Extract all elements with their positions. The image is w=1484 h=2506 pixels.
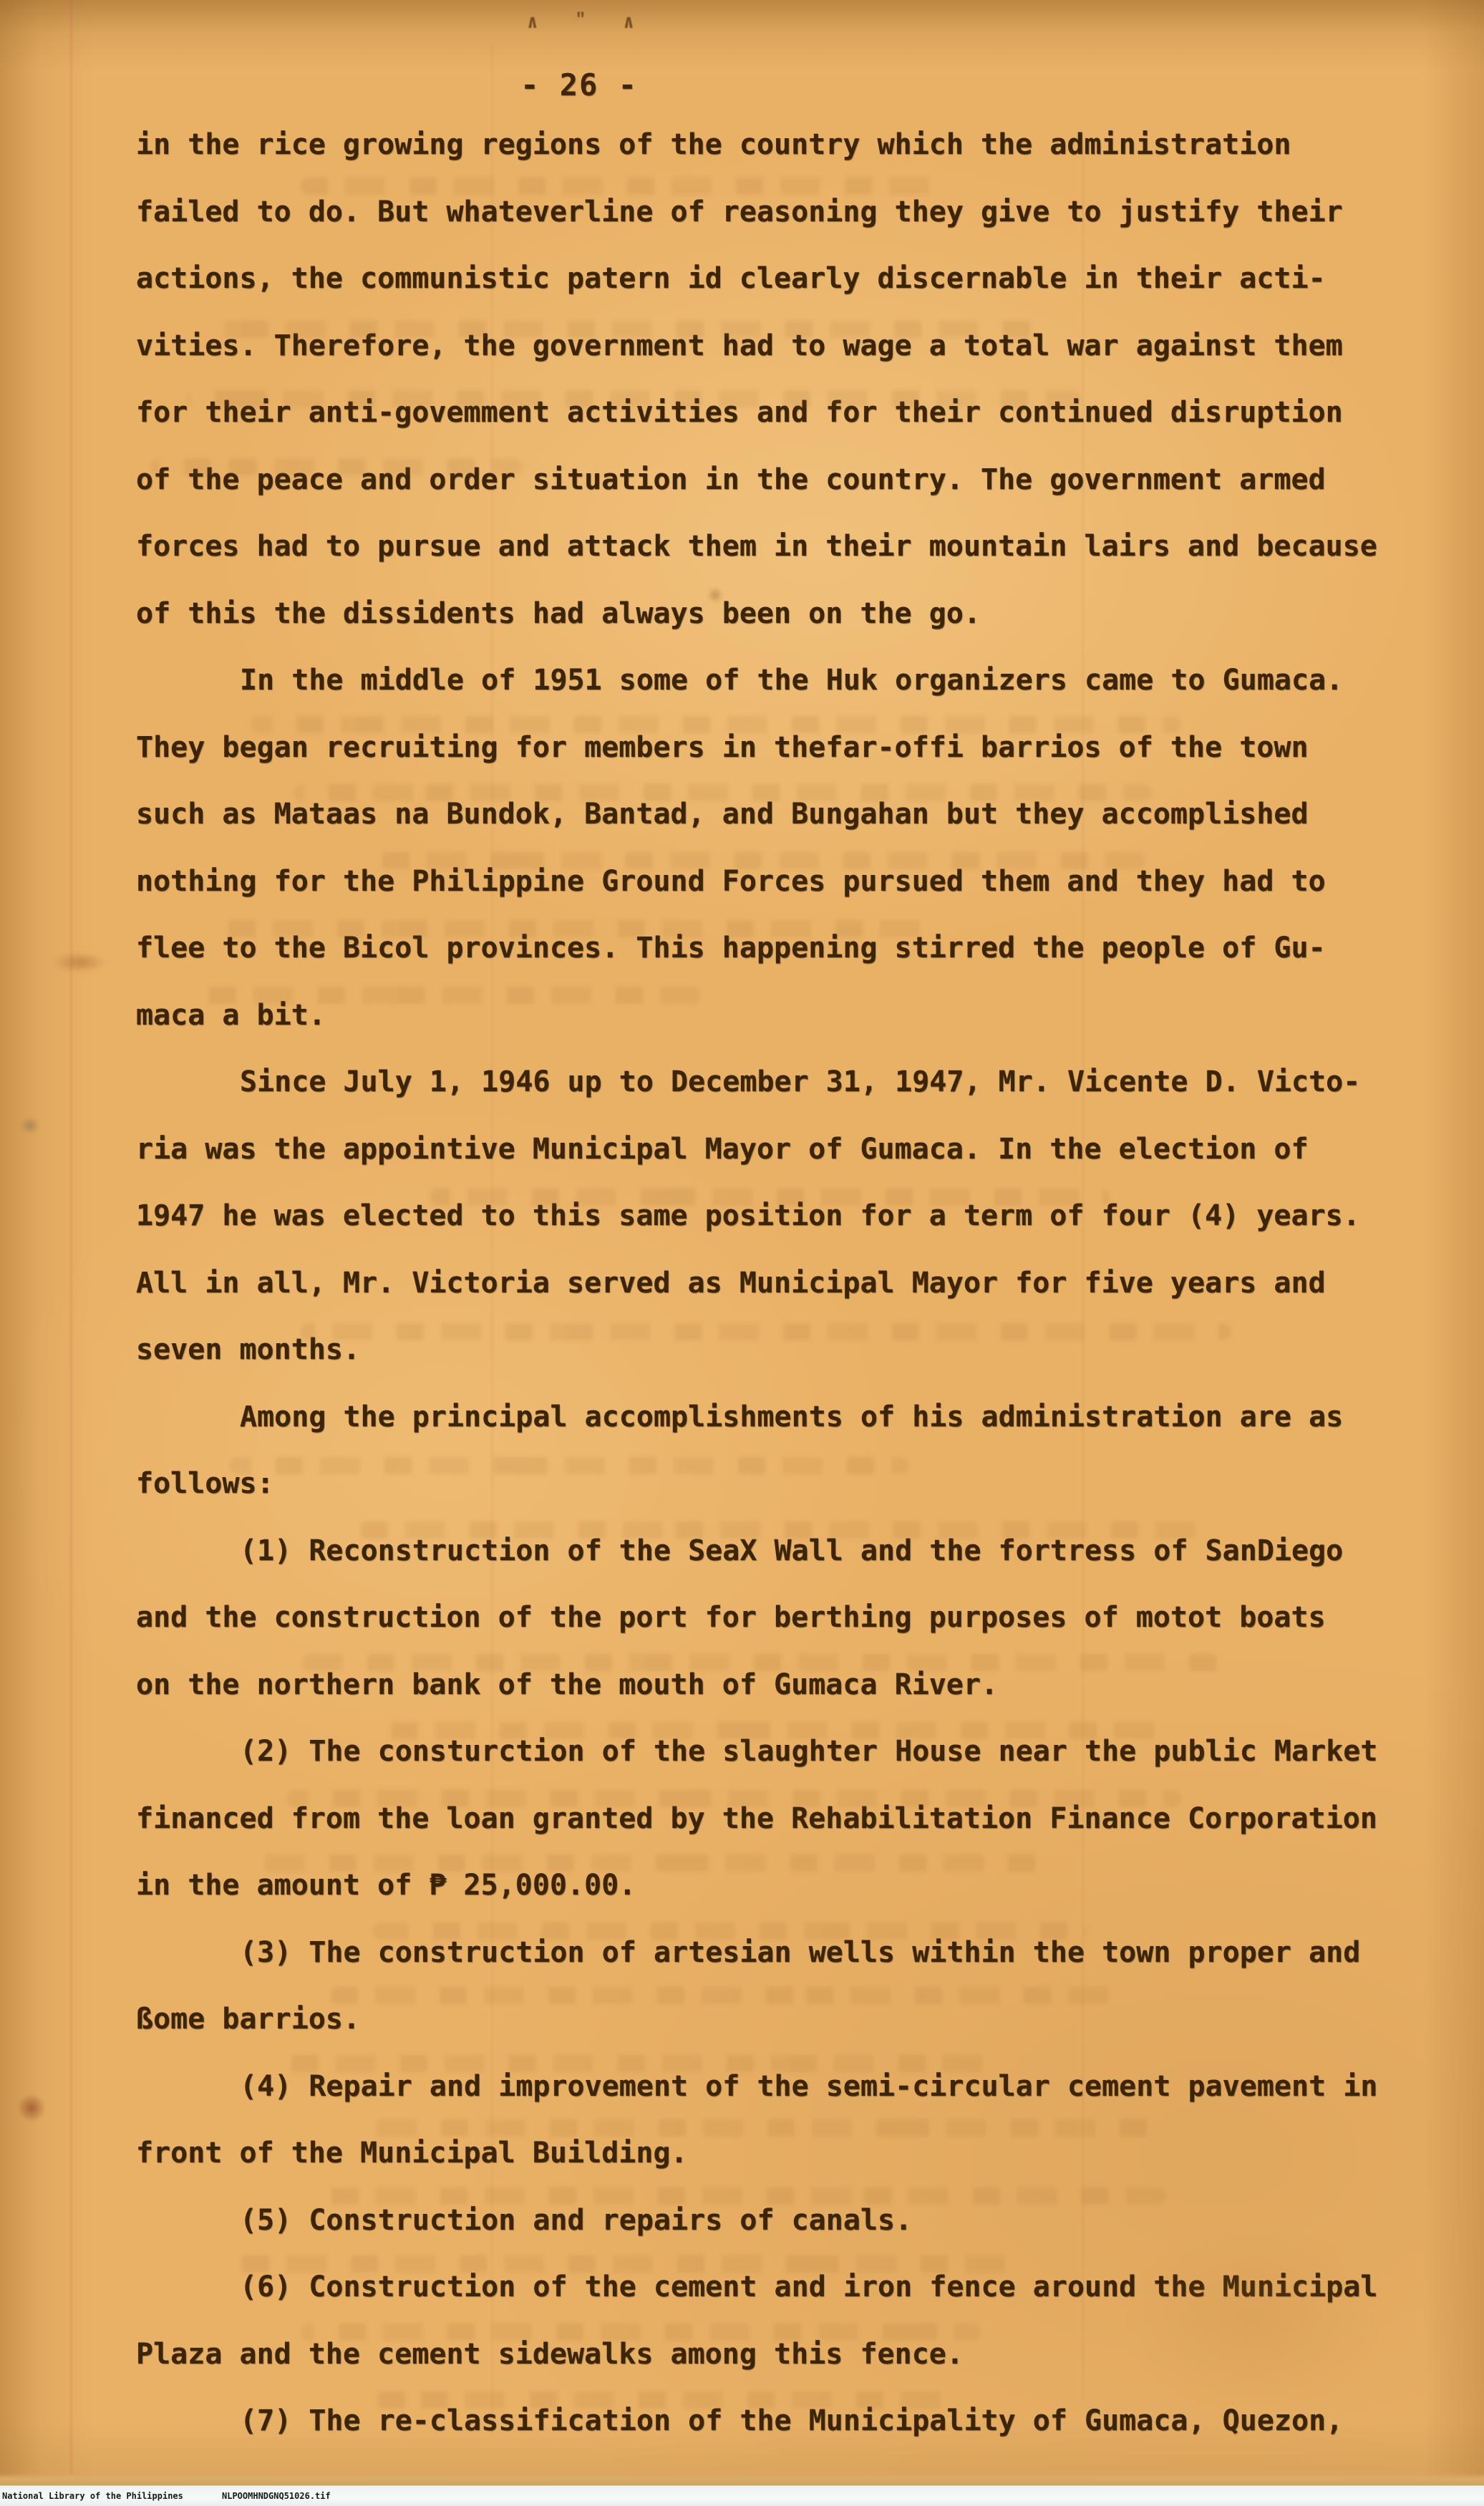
stray-mark: ∧ bbox=[623, 11, 634, 33]
paper-smudge bbox=[53, 952, 106, 972]
bleed-through-band bbox=[301, 2323, 981, 2341]
stray-mark: ʺ bbox=[576, 9, 586, 30]
document-line: failed to do. But whateverline of reason… bbox=[136, 198, 1396, 265]
document-line: seven months. bbox=[136, 1335, 1396, 1403]
bleed-through-band bbox=[150, 458, 523, 475]
bleed-through-band bbox=[294, 784, 1153, 801]
paper-smudge bbox=[20, 1117, 40, 1134]
bleed-through-band bbox=[358, 852, 1145, 869]
scan-edge-strip bbox=[0, 2473, 1484, 2486]
bleed-through-band bbox=[358, 1521, 1217, 1539]
bleed-through-band bbox=[301, 178, 945, 195]
bleed-through-band bbox=[229, 1457, 909, 1474]
bleed-through-band bbox=[286, 1790, 1181, 1807]
document-line: (1) Reconstruction of the SeaX Wall and … bbox=[136, 1537, 1396, 1604]
document-line: (7) The re-classification of the Municip… bbox=[136, 2406, 1396, 2474]
ink-stain bbox=[19, 2092, 44, 2124]
document-line: vities. Therefore, the government had to… bbox=[136, 332, 1396, 399]
footer-library-label: National Library of the Philippines bbox=[2, 2491, 220, 2501]
page-number: - 26 - bbox=[518, 67, 640, 102]
margin-rule-left bbox=[70, 0, 72, 2474]
document-line: Since July 1, 1946 up to December 31, 19… bbox=[136, 1068, 1396, 1135]
footer-filename: NLPOOMHNDGNQ51026.tif bbox=[222, 2491, 331, 2501]
bleed-through-band bbox=[258, 1854, 1045, 1872]
document-line: maca a bit. bbox=[136, 1001, 1396, 1068]
bleed-through-band bbox=[301, 1654, 1231, 1671]
bleed-through-band bbox=[308, 2187, 1167, 2205]
document-line: for their anti-govemment activities and … bbox=[136, 398, 1396, 465]
bleed-through-band bbox=[372, 2119, 1160, 2137]
bleed-through-band bbox=[215, 920, 931, 937]
scan-footer-bar: National Library of the Philippines NLPO… bbox=[0, 2485, 1484, 2506]
bleed-through-band bbox=[372, 1922, 1088, 1940]
bleed-through-band bbox=[372, 2391, 959, 2409]
bleed-through-band bbox=[430, 1189, 1110, 1206]
bleed-through-band bbox=[215, 321, 1038, 338]
bleed-through-band bbox=[186, 390, 1081, 407]
bleed-through-band bbox=[329, 1987, 1131, 2004]
document-line: 1947 he was elected to this same positio… bbox=[136, 1201, 1396, 1269]
bleed-through-band bbox=[229, 2255, 1017, 2273]
bleed-through-band bbox=[186, 987, 702, 1004]
bleed-through-band bbox=[251, 716, 1181, 733]
stray-mark: ∧ bbox=[527, 11, 538, 33]
document-line: forces had to pursue and attack them in … bbox=[136, 532, 1396, 599]
document-line: of this the dissidents had always been o… bbox=[136, 599, 1396, 667]
bleed-through-band bbox=[301, 1323, 1231, 1340]
stray-ink-marks: ∧ ʺ ∧ bbox=[527, 11, 634, 33]
bleed-through-band bbox=[372, 1722, 1160, 1739]
bleed-through-band bbox=[286, 2055, 1002, 2072]
scanned-document-page: ∧ ʺ ∧ - 26 - in the rice growing regions… bbox=[0, 0, 1484, 2506]
